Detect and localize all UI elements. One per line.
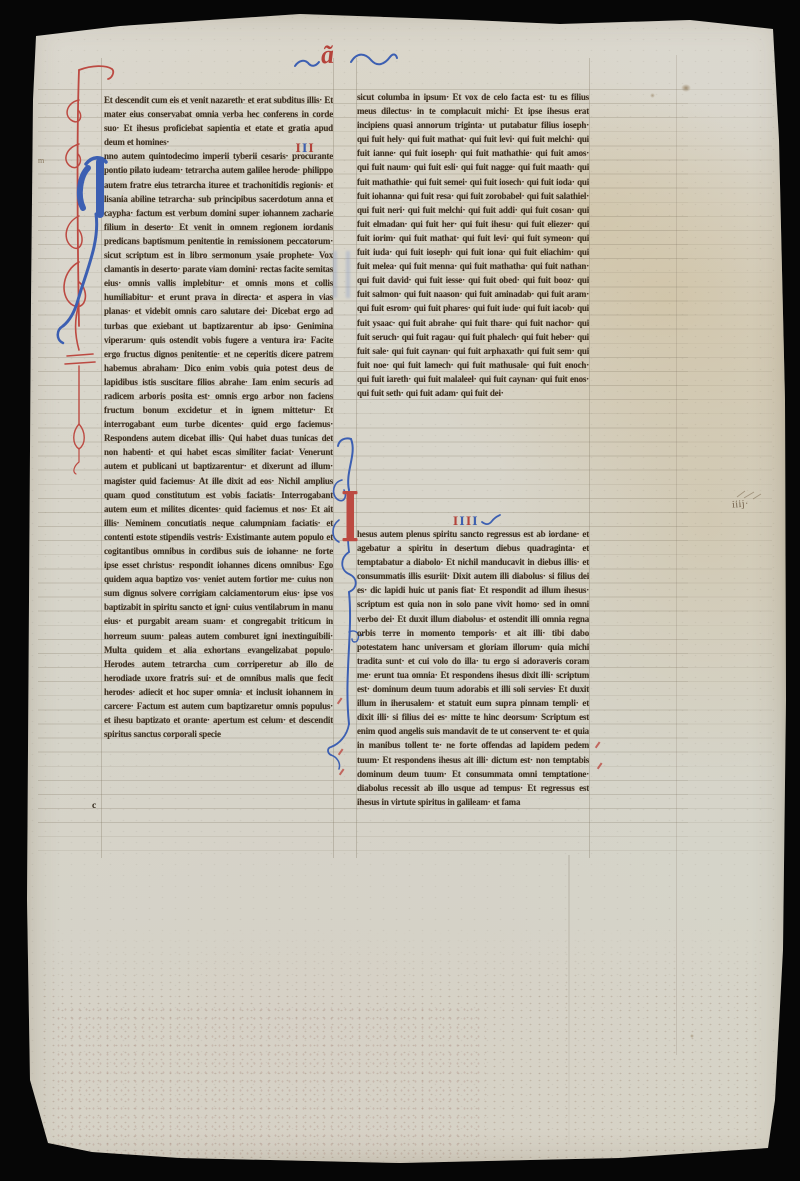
- manuscript-photo: ã: [0, 0, 800, 1181]
- leaf-edge-shading: [24, 10, 788, 1167]
- parchment-leaf: ã: [0, 0, 800, 1181]
